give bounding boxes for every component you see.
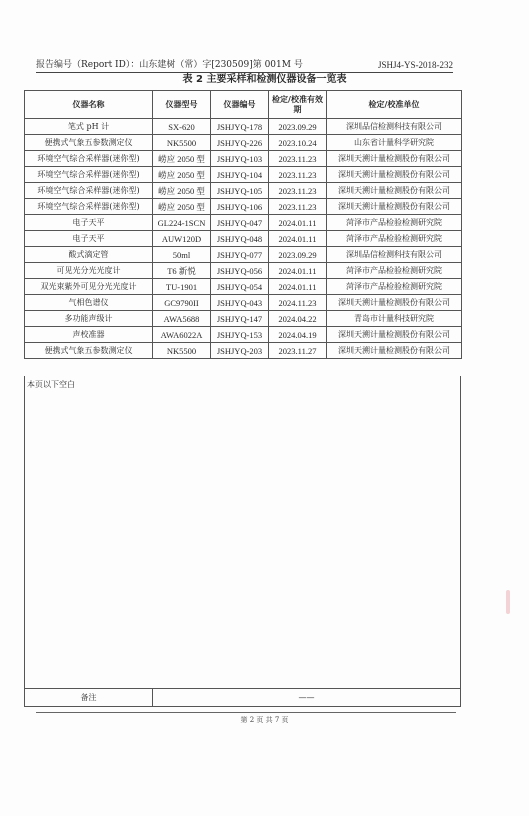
model: 崂应 2050 型 [153,151,211,167]
model: NK5500 [153,135,211,151]
calibration-org: 深圳天溯计量检测股份有限公司 [327,167,462,183]
instrument-name: 电子天平 [25,231,153,247]
instrument-id: JSHJYQ-047 [211,215,269,231]
instrument-id: JSHJYQ-103 [211,151,269,167]
remark-row: 备注 —— [25,689,461,707]
blank-area: 本页以下空白 [24,376,461,688]
table-row: 酸式滴定管50mlJSHJYQ-0772023.09.29深圳品信检测科技有限公… [25,247,462,263]
model: TU-1901 [153,279,211,295]
valid-until: 2024.11.23 [269,295,327,311]
valid-until: 2024.04.22 [269,311,327,327]
valid-until: 2023.11.23 [269,199,327,215]
instrument-name: 声校准器 [25,327,153,343]
valid-until: 2023.11.23 [269,151,327,167]
valid-until: 2023.09.29 [269,119,327,135]
blank-note: 本页以下空白 [27,379,75,390]
instrument-id: JSHJYQ-056 [211,263,269,279]
model: 崂应 2050 型 [153,199,211,215]
calibration-org: 菏泽市产品检验检测研究院 [327,231,462,247]
instrument-id: JSHJYQ-054 [211,279,269,295]
instrument-id: JSHJYQ-105 [211,183,269,199]
model: SX-620 [153,119,211,135]
table-row: 笔式 pH 计SX-620JSHJYQ-1782023.09.29深圳品信检测科… [25,119,462,135]
remark-value: —— [153,689,461,707]
instrument-name: 双光束紫外可见分光光度计 [25,279,153,295]
model: AWA6022A [153,327,211,343]
valid-until: 2024.01.11 [269,215,327,231]
valid-until: 2023.11.23 [269,167,327,183]
table-row: 环境空气综合采样器(迷你型)崂应 2050 型JSHJYQ-1032023.11… [25,151,462,167]
table-row: 电子天平AUW120DJSHJYQ-0482024.01.11菏泽市产品检验检测… [25,231,462,247]
calibration-org: 深圳天溯计量检测股份有限公司 [327,343,462,359]
calibration-org: 深圳品信检测科技有限公司 [327,247,462,263]
instrument-name: 电子天平 [25,215,153,231]
model: GC9790II [153,295,211,311]
instrument-id: JSHJYQ-077 [211,247,269,263]
footer-divider [36,712,456,713]
page-number: 第 2 页 共 7 页 [0,715,529,725]
calibration-org: 深圳天溯计量检测股份有限公司 [327,199,462,215]
instrument-id: JSHJYQ-106 [211,199,269,215]
table-row: 可见光分光光度计T6 新悦JSHJYQ-0562024.01.11菏泽市产品检验… [25,263,462,279]
valid-until: 2024.01.11 [269,279,327,295]
valid-until: 2023.11.27 [269,343,327,359]
remark-table: 备注 —— [24,688,461,707]
calibration-org: 深圳天溯计量检测股份有限公司 [327,295,462,311]
instrument-name: 环境空气综合采样器(迷你型) [25,199,153,215]
calibration-org: 山东省计量科学研究院 [327,135,462,151]
instrument-name: 便携式气象五参数测定仪 [25,343,153,359]
instrument-id: JSHJYQ-153 [211,327,269,343]
valid-until: 2023.11.23 [269,183,327,199]
report-header: 报告编号（Report ID）：山东建树（常）字[230509]第 001M 号… [36,58,453,73]
table-header-row: 仪器名称仪器型号仪器编号检定/校准有效期检定/校准单位 [25,91,462,119]
paper-stain [506,590,510,614]
calibration-org: 深圳天溯计量检测股份有限公司 [327,151,462,167]
table-row: 多功能声级计AWA5688JSHJYQ-1472024.04.22青岛市计量科技… [25,311,462,327]
instrument-id: JSHJYQ-048 [211,231,269,247]
report-id: 报告编号（Report ID）：山东建树（常）字[230509]第 001M 号 [36,58,303,72]
instrument-name: 多功能声级计 [25,311,153,327]
table-row: 声校准器AWA6022AJSHJYQ-1532024.04.19深圳天溯计量检测… [25,327,462,343]
instrument-name: 便携式气象五参数测定仪 [25,135,153,151]
table-row: 电子天平GL224-1SCNJSHJYQ-0472024.01.11菏泽市产品检… [25,215,462,231]
instrument-name: 环境空气综合采样器(迷你型) [25,151,153,167]
column-header: 仪器编号 [211,91,269,119]
valid-until: 2023.09.29 [269,247,327,263]
model: AUW120D [153,231,211,247]
column-header: 仪器型号 [153,91,211,119]
instrument-id: JSHJYQ-226 [211,135,269,151]
model: 50ml [153,247,211,263]
instrument-id: JSHJYQ-178 [211,119,269,135]
calibration-org: 菏泽市产品检验检测研究院 [327,279,462,295]
model: NK5500 [153,343,211,359]
table-row: 气相色谱仪GC9790IIJSHJYQ-0432024.11.23深圳天溯计量检… [25,295,462,311]
instrument-name: 环境空气综合采样器(迷你型) [25,183,153,199]
calibration-org: 菏泽市产品检验检测研究院 [327,263,462,279]
calibration-org: 深圳天溯计量检测股份有限公司 [327,327,462,343]
column-header: 检定/校准有效期 [269,91,327,119]
remark-label: 备注 [25,689,153,707]
model: AWA5688 [153,311,211,327]
calibration-org: 菏泽市产品检验检测研究院 [327,215,462,231]
instrument-name: 气相色谱仪 [25,295,153,311]
column-header: 仪器名称 [25,91,153,119]
instrument-id: JSHJYQ-147 [211,311,269,327]
calibration-org: 青岛市计量科技研究院 [327,311,462,327]
table-row: 环境空气综合采样器(迷你型)崂应 2050 型JSHJYQ-1062023.11… [25,199,462,215]
instrument-name: 可见光分光光度计 [25,263,153,279]
equipment-table: 仪器名称仪器型号仪器编号检定/校准有效期检定/校准单位 笔式 pH 计SX-62… [24,90,462,359]
model: 崂应 2050 型 [153,167,211,183]
valid-until: 2024.01.11 [269,231,327,247]
calibration-org: 深圳天溯计量检测股份有限公司 [327,183,462,199]
instrument-name: 酸式滴定管 [25,247,153,263]
model: 崂应 2050 型 [153,183,211,199]
table-row: 环境空气综合采样器(迷你型)崂应 2050 型JSHJYQ-1042023.11… [25,167,462,183]
instrument-id: JSHJYQ-203 [211,343,269,359]
document-code: JSHJ4-YS-2018-232 [378,58,453,72]
instrument-id: JSHJYQ-043 [211,295,269,311]
instrument-name: 笔式 pH 计 [25,119,153,135]
table-title: 表 2 主要采样和检测仪器设备一览表 [0,73,529,86]
valid-until: 2023.10.24 [269,135,327,151]
table-row: 便携式气象五参数测定仪NK5500JSHJYQ-2262023.10.24山东省… [25,135,462,151]
model: GL224-1SCN [153,215,211,231]
model: T6 新悦 [153,263,211,279]
valid-until: 2024.01.11 [269,263,327,279]
table-row: 双光束紫外可见分光光度计TU-1901JSHJYQ-0542024.01.11菏… [25,279,462,295]
table-row: 便携式气象五参数测定仪NK5500JSHJYQ-2032023.11.27深圳天… [25,343,462,359]
calibration-org: 深圳品信检测科技有限公司 [327,119,462,135]
table-row: 环境空气综合采样器(迷你型)崂应 2050 型JSHJYQ-1052023.11… [25,183,462,199]
valid-until: 2024.04.19 [269,327,327,343]
column-header: 检定/校准单位 [327,91,462,119]
instrument-name: 环境空气综合采样器(迷你型) [25,167,153,183]
table-body: 笔式 pH 计SX-620JSHJYQ-1782023.09.29深圳品信检测科… [25,119,462,359]
instrument-id: JSHJYQ-104 [211,167,269,183]
